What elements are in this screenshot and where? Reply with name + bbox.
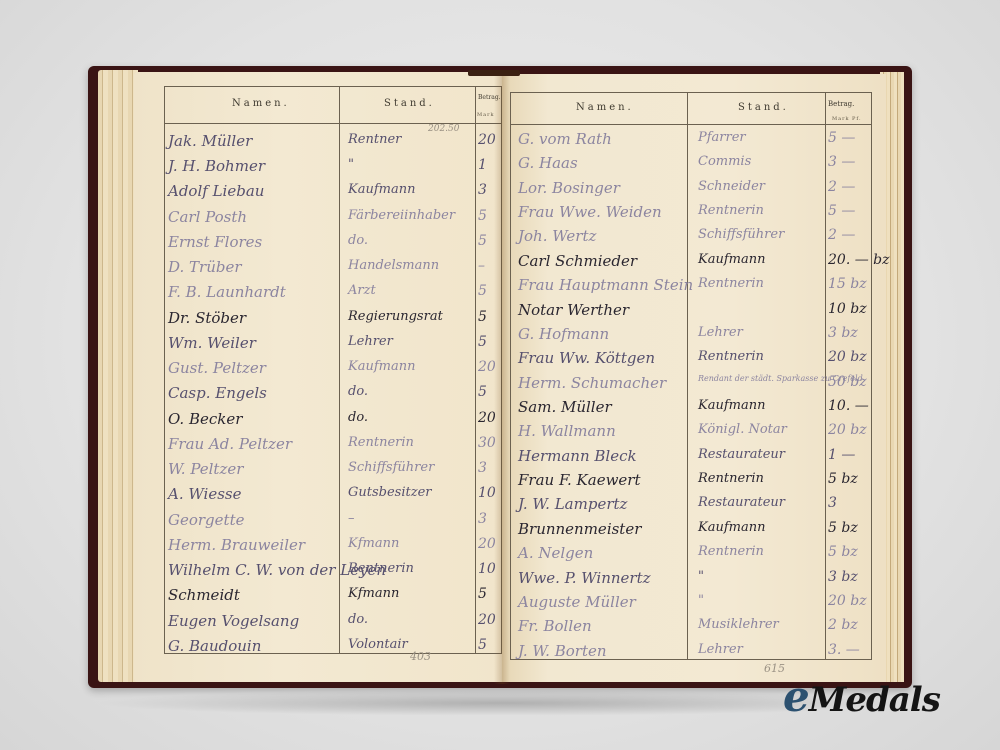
ledger-entry: Frau F. KaewertRentnerin5 bz [502, 471, 886, 497]
ledger-entry: Adolf LiebauKaufmann3 [134, 182, 502, 208]
entry-stand: Rentnerin [698, 544, 764, 559]
entry-stand: Rentnerin [698, 203, 764, 218]
entry-stand: Kaufmann [348, 182, 415, 197]
entry-amount: 2 — [828, 179, 855, 195]
entry-amount: 5 [478, 233, 487, 249]
entry-amount: 5 [478, 283, 487, 299]
ledger-entry: Eugen Vogelsangdo.20 [134, 612, 502, 638]
entry-stand: Schneider [698, 179, 765, 194]
entry-stand: Rentnerin [348, 435, 414, 450]
entry-name: Fr. Bollen [518, 617, 592, 635]
header-stand: Stand. [384, 98, 435, 109]
ledger-entry: Joh. WertzSchiffsführer2 — [502, 227, 886, 253]
entry-stand: Kaufmann [698, 398, 765, 413]
book-spine [468, 70, 520, 76]
entry-amount: 1 [478, 157, 487, 173]
entry-stand: Pfarrer [698, 130, 746, 145]
entry-name: Carl Posth [168, 208, 247, 226]
entry-name: J. H. Bohmer [168, 157, 265, 175]
entry-name: G. Haas [518, 154, 578, 172]
entry-amount: 5 [478, 384, 487, 400]
ledger-entry: J. W. BortenLehrer3. — [502, 642, 886, 668]
entry-name: Adolf Liebau [168, 182, 264, 200]
entry-name: Herm. Brauweiler [168, 536, 305, 554]
entry-name: Lor. Bosinger [518, 179, 620, 197]
ledger-entry: Frau Hauptmann SteinRentnerin15 bz [502, 276, 886, 302]
header-mark: Mark [477, 112, 495, 118]
entry-stand: Volontair [348, 637, 408, 652]
entry-stand: Rentner [348, 132, 401, 147]
entry-amount: 5 [478, 334, 487, 350]
entry-name: Frau Ww. Köttgen [518, 349, 655, 367]
right-page: Namen. Stand. Betrag. Mark Pf. 615 G. vo… [502, 74, 886, 682]
ledger-entry: BrunnenmeisterKaufmann5 bz [502, 520, 886, 546]
entry-amount: 20 bz [828, 593, 867, 609]
entry-amount: 1 — [828, 447, 855, 463]
ledger-entry: Dr. StöberRegierungsrat5 [134, 309, 502, 335]
entry-stand: Handelsmann [348, 258, 439, 273]
entry-stand: Restaurateur [698, 495, 785, 510]
ledger-entry: Wwe. P. Winnertz"3 bz [502, 569, 886, 595]
entry-stand: Kfmann [348, 536, 399, 551]
entry-name: Gust. Peltzer [168, 359, 266, 377]
ledger-entry: G. HofmannLehrer3 bz [502, 325, 886, 351]
entry-stand: do. [348, 384, 368, 399]
logo-text: Medals [809, 680, 940, 720]
entry-stand: " [348, 157, 354, 172]
entry-amount: 3 [478, 460, 487, 476]
ledger-entry: Sam. MüllerKaufmann10. — [502, 398, 886, 424]
entry-stand: Färbereiinhaber [348, 208, 455, 223]
entry-stand: Kaufmann [698, 520, 765, 535]
header-rule [511, 124, 871, 125]
ledger-entry: Carl SchmiederKaufmann20. — bz [502, 252, 886, 278]
entry-name: Dr. Stöber [168, 309, 246, 327]
entry-amount: 3 [478, 182, 487, 198]
entry-amount: 3 [478, 511, 487, 527]
entry-name: Casp. Engels [168, 384, 267, 402]
header-stand: Stand. [738, 102, 789, 113]
ledger-entry: Wm. WeilerLehrer5 [134, 334, 502, 360]
entry-name: A. Nelgen [518, 544, 593, 562]
ledger-entry: G. vom RathPfarrer5 — [502, 130, 886, 156]
entry-stand: Kaufmann [348, 359, 415, 374]
ledger-entry: Herm. SchumacherRendant der städt. Spark… [502, 374, 886, 400]
header-mark: Mark [832, 116, 850, 122]
entry-stand: Rentnerin [348, 561, 414, 576]
entry-name: Sam. Müller [518, 398, 612, 416]
entry-stand: do. [348, 233, 368, 248]
entry-name: Georgette [168, 511, 244, 529]
entry-name: Jak. Müller [168, 132, 252, 150]
entry-amount: 3. — [828, 642, 860, 658]
logo-e: e [783, 672, 809, 721]
entry-amount: 10 bz [828, 301, 867, 317]
entry-amount: 3 — [828, 154, 855, 170]
entry-stand: Musiklehrer [698, 617, 779, 632]
emedals-logo: eMedals [783, 672, 940, 721]
ledger-entry: W. PeltzerSchiffsführer3 [134, 460, 502, 486]
entry-name: Carl Schmieder [518, 252, 637, 270]
entry-amount: 3 [828, 495, 837, 511]
ledger-entry: Fr. BollenMusiklehrer2 bz [502, 617, 886, 643]
entry-stand: Königl. Notar [698, 422, 787, 437]
entry-name: A. Wiesse [168, 485, 241, 503]
entry-amount: – [478, 258, 485, 274]
entry-name: Notar Werther [518, 301, 629, 319]
entry-amount: 20 bz [828, 422, 867, 438]
entry-stand: Lehrer [698, 325, 743, 340]
entry-amount: 5 bz [828, 520, 858, 536]
entry-name: Wm. Weiler [168, 334, 256, 352]
entry-stand: do. [348, 612, 368, 627]
entry-amount: 5 bz [828, 471, 858, 487]
entry-stand: Kfmann [348, 586, 399, 601]
ledger-entry: Wilhelm C. W. von der LeyenRentnerin10 [134, 561, 502, 587]
entry-stand: Rentnerin [698, 276, 764, 291]
ledger-entry: F. B. LaunhardtArzt5 [134, 283, 502, 309]
entry-name: Auguste Müller [518, 593, 636, 611]
entry-name: O. Becker [168, 410, 242, 428]
ledger-entry: Frau Wwe. WeidenRentnerin5 — [502, 203, 886, 229]
entry-name: J. W. Borten [518, 642, 607, 660]
entry-stand: Restaurateur [698, 447, 785, 462]
entry-name: D. Trüber [168, 258, 242, 276]
entry-amount: 3 bz [828, 325, 858, 341]
ledger-entry: Gust. PeltzerKaufmann20 [134, 359, 502, 385]
entry-name: W. Peltzer [168, 460, 243, 478]
book-gutter [494, 72, 510, 684]
header-namen: Namen. [576, 102, 634, 113]
header-namen: Namen. [232, 98, 290, 109]
ledger-entry: Frau Ww. KöttgenRentnerin20 bz [502, 349, 886, 375]
entry-amount: 5 [478, 208, 487, 224]
ledger-entry: J. W. LampertzRestaurateur3 [502, 495, 886, 521]
entry-amount: 5 [478, 309, 487, 325]
entry-stand: Lehrer [348, 334, 393, 349]
header-pf: Pf. [852, 116, 862, 122]
entry-amount: 5 [478, 586, 487, 602]
ledger-entry: Jak. MüllerRentner20 [134, 132, 502, 158]
entry-name: Ernst Flores [168, 233, 262, 251]
entry-stand: Rentnerin [698, 349, 764, 364]
ledger-entry: Casp. Engelsdo.5 [134, 384, 502, 410]
entry-amount: 2 bz [828, 617, 858, 633]
ledger-entry: H. WallmannKönigl. Notar20 bz [502, 422, 886, 448]
ledger-entry: Ernst Floresdo.5 [134, 233, 502, 259]
entry-name: F. B. Launhardt [168, 283, 286, 301]
entry-name: G. vom Rath [518, 130, 612, 148]
entry-name: Herm. Schumacher [518, 374, 666, 392]
ledger-entry: D. TrüberHandelsmann– [134, 258, 502, 284]
entry-amount: 10. — [828, 398, 869, 414]
entry-amount: 2 — [828, 227, 855, 243]
entry-name: H. Wallmann [518, 422, 616, 440]
entry-stand: " [698, 593, 704, 608]
entry-name: Frau Wwe. Weiden [518, 203, 662, 221]
ledger-entry: Notar Werther10 bz [502, 301, 886, 327]
entry-name: G. Hofmann [518, 325, 609, 343]
entry-stand: Commis [698, 154, 751, 169]
ledger-entry: Georgette–3 [134, 511, 502, 537]
entry-name: Wwe. P. Winnertz [518, 569, 651, 587]
entry-name: Eugen Vogelsang [168, 612, 299, 630]
entry-amount: 5 — [828, 203, 855, 219]
entry-stand: do. [348, 410, 368, 425]
entry-name: Joh. Wertz [518, 227, 596, 245]
entry-stand: Gutsbesitzer [348, 485, 431, 500]
ledger-entry: Carl PosthFärbereiinhaber5 [134, 208, 502, 234]
entry-stand: Schiffsführer [698, 227, 784, 242]
entry-amount: 5 [478, 637, 487, 653]
ledger-entry: Frau Ad. PeltzerRentnerin30 [134, 435, 502, 461]
entry-name: Frau Ad. Peltzer [168, 435, 292, 453]
entry-stand: " [698, 569, 704, 584]
ledger-entry: Lor. BosingerSchneider2 — [502, 179, 886, 205]
entry-stand: Arzt [348, 283, 376, 298]
entry-amount: 5 bz [828, 544, 858, 560]
entry-amount: 5 — [828, 130, 855, 146]
entry-amount: 3 bz [828, 569, 858, 585]
entry-stand: – [348, 511, 355, 526]
left-page: Namen. Stand. Betrag. Mark 202.50 403 Ja… [134, 72, 502, 682]
ledger-entry: Herm. BrauweilerKfmann20 [134, 536, 502, 562]
entry-name: Brunnenmeister [518, 520, 641, 538]
entry-stand: Lehrer [698, 642, 743, 657]
ledger-entry: SchmeidtKfmann5 [134, 586, 502, 612]
ledger-entry: G. BaudouinVolontair5 [134, 637, 502, 663]
entry-name: Schmeidt [168, 586, 240, 604]
entry-name: Frau Hauptmann Stein [518, 276, 693, 294]
ledger-entry: O. Beckerdo.20 [134, 410, 502, 436]
entry-stand: Regierungsrat [348, 309, 443, 324]
entry-stand: Schiffsführer [348, 460, 434, 475]
ledger-entry: J. H. Bohmer"1 [134, 157, 502, 183]
entry-name: Frau F. Kaewert [518, 471, 641, 489]
header-betrag: Betrag. [828, 100, 854, 108]
entry-amount: 20 bz [828, 349, 867, 365]
entry-stand: Kaufmann [698, 252, 765, 267]
entry-stand: Rentnerin [698, 471, 764, 486]
ledger-entry: A. WiesseGutsbesitzer10 [134, 485, 502, 511]
entry-amount: 50 bz [828, 374, 867, 390]
entry-amount: 15 bz [828, 276, 867, 292]
entry-amount: 20. — bz [828, 252, 890, 268]
ledger-entry: G. HaasCommis3 — [502, 154, 886, 180]
entry-name: J. W. Lampertz [518, 495, 627, 513]
ledger-entry: Auguste Müller"20 bz [502, 593, 886, 619]
entry-name: Hermann Bleck [518, 447, 637, 465]
entry-name: G. Baudouin [168, 637, 261, 655]
ledger-entry: Hermann BleckRestaurateur1 — [502, 447, 886, 473]
left-page-edges [98, 70, 138, 682]
ledger-entry: A. NelgenRentnerin5 bz [502, 544, 886, 570]
